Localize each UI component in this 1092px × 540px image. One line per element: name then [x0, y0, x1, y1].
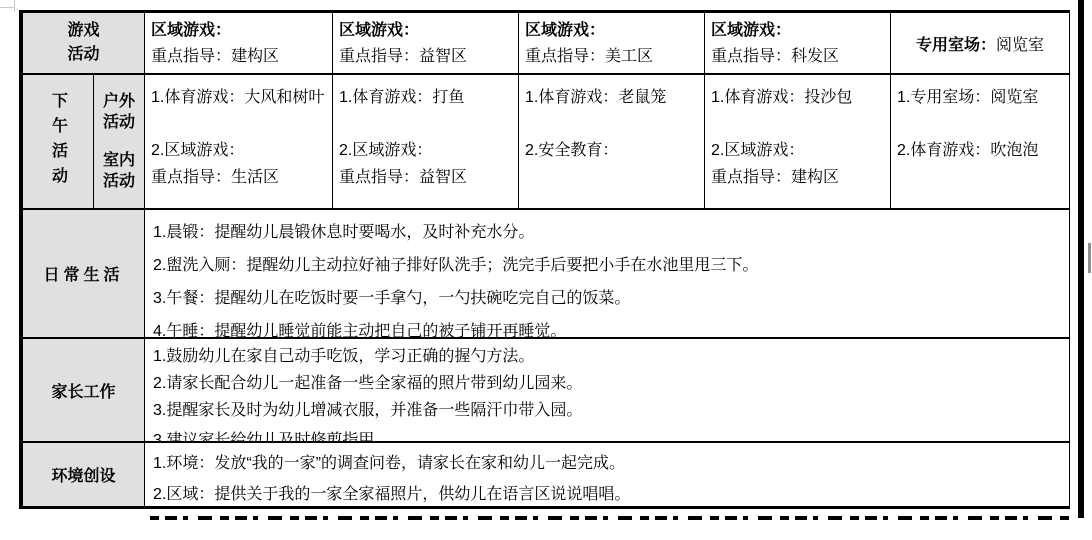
row-header-afternoon-label: 下午活动 [47, 92, 70, 192]
daily-item-1: 1.晨锻：提醒幼儿晨锻休息时要喝水，及时补充水分。 [153, 216, 1063, 249]
game-cell-5-title: 专用室场： [916, 37, 996, 54]
row-header-parent-work-label: 家长工作 [51, 379, 115, 402]
game-cell-4[interactable]: 区域游戏： 重点指导：科发区 [705, 13, 891, 75]
afternoon-cell-1-line2: 2.区域游戏： [151, 137, 328, 164]
row-header-daily-life[interactable]: 日常生活 [23, 210, 145, 339]
game-cell-1[interactable]: 区域游戏： 重点指导：建构区 [145, 13, 333, 75]
game-cell-5[interactable]: 专用室场：阅览室 [891, 13, 1069, 75]
parent-item-1: 1.鼓励幼儿在家自己动手吃饭，学习正确的握勺方法。 [153, 343, 1063, 370]
environment-cell[interactable]: 1.环境：发放“我的一家”的调查问卷，请家长在家和幼儿一起完成。 2.区域：提供… [145, 443, 1069, 506]
env-item-1: 1.环境：发放“我的一家”的调查问卷，请家长在家和幼儿一起完成。 [153, 448, 1063, 479]
document-page: { "colors": { "header_bg": "#e0e0e0", "b… [0, 0, 1092, 540]
row-header-daily-life-label: 日常生活 [43, 262, 123, 285]
afternoon-cell-4[interactable]: 1.体育游戏：投沙包 2.区域游戏： 重点指导：建构区 [705, 75, 891, 210]
afternoon-cell-3-line1: 1.体育游戏：老鼠笼 [525, 84, 700, 111]
game-cell-5-detail: 阅览室 [996, 37, 1044, 54]
parent-work-cell[interactable]: 1.鼓励幼儿在家自己动手吃饭，学习正确的握勺方法。 2.请家长配合幼儿一起准备一… [145, 339, 1069, 443]
page-edge-bar [1078, 0, 1084, 518]
row-header-parent-work[interactable]: 家长工作 [23, 339, 145, 443]
row-header-game-activity[interactable]: 游戏 活动 [23, 13, 145, 75]
game-cell-2-title: 区域游戏： [339, 18, 514, 44]
game-cell-3-title: 区域游戏： [525, 18, 700, 44]
game-cell-1-title: 区域游戏： [151, 18, 328, 44]
afternoon-cell-5[interactable]: 1.专用室场：阅览室 2.体育游戏：吹泡泡 [891, 75, 1069, 210]
game-cell-4-detail: 重点指导：科发区 [711, 44, 886, 70]
afternoon-cell-5-line2: 2.体育游戏：吹泡泡 [897, 137, 1065, 164]
row-header-game-line2: 活动 [67, 43, 99, 67]
clipped-next-row-text-tops [150, 516, 1072, 520]
game-cell-4-title: 区域游戏： [711, 18, 886, 44]
afternoon-cell-3[interactable]: 1.体育游戏：老鼠笼 2.安全教育： [519, 75, 705, 210]
daily-item-4: 4.午睡：提醒幼儿睡觉前能主动把自己的被子铺开再睡觉。 [153, 315, 1063, 339]
game-cell-1-detail: 重点指导：建构区 [151, 44, 328, 70]
game-cell-2-detail: 重点指导：益智区 [339, 44, 514, 70]
afternoon-cell-4-line1: 1.体育游戏：投沙包 [711, 84, 886, 111]
daily-item-2: 2.盥洗入厕：提醒幼儿主动拉好袖子排好队洗手；洗完手后要把小手在水池里甩三下。 [153, 249, 1063, 282]
afternoon-cell-5-line1: 1.专用室场：阅览室 [897, 84, 1065, 111]
subheader-outdoor-label: 户外活动 [100, 91, 138, 133]
row-header-afternoon[interactable]: 下午活动 [23, 75, 94, 210]
row-header-environment-label: 环境创设 [51, 463, 115, 486]
row-header-environment[interactable]: 环境创设 [23, 443, 145, 506]
game-cell-2[interactable]: 区域游戏： 重点指导：益智区 [333, 13, 519, 75]
weekly-plan-table: 游戏 活动 区域游戏： 重点指导：建构区 区域游戏： 重点指导：益智区 区域游戏… [19, 10, 1070, 509]
row-subheader-outdoor-indoor[interactable]: 户外活动 室内活动 [94, 75, 145, 210]
parent-item-4: 3.建议家长给幼儿及时修剪指甲。 [153, 427, 1063, 443]
afternoon-cell-4-line2: 2.区域游戏： [711, 137, 886, 164]
afternoon-cell-2[interactable]: 1.体育游戏：打鱼 2.区域游戏： 重点指导：益智区 [333, 75, 519, 210]
afternoon-cell-1[interactable]: 1.体育游戏：大风和树叶 2.区域游戏： 重点指导：生活区 [145, 75, 333, 210]
page-margin-mark-vertical [14, 0, 15, 12]
afternoon-cell-2-line2: 2.区域游戏： [339, 137, 514, 164]
parent-item-2: 2.请家长配合幼儿一起准备一些全家福的照片带到幼儿园来。 [153, 370, 1063, 397]
afternoon-cell-1-line1: 1.体育游戏：大风和树叶 [151, 84, 328, 111]
subheader-indoor-label: 室内活动 [100, 150, 138, 192]
parent-item-3: 3.提醒家长及时为幼儿增减衣服，并准备一些隔汗巾带入园。 [153, 397, 1063, 424]
scrollbar-thumb-fragment[interactable] [1088, 243, 1091, 273]
afternoon-cell-2-line3: 重点指导：益智区 [339, 164, 514, 191]
row-header-game-line1: 游戏 [67, 19, 99, 43]
env-item-2: 2.区域：提供关于我的一家全家福照片，供幼儿在语言区说说唱唱。 [153, 479, 1063, 506]
afternoon-cell-1-line3: 重点指导：生活区 [151, 164, 328, 191]
game-cell-3-detail: 重点指导：美工区 [525, 44, 700, 70]
daily-item-3: 3.午餐：提醒幼儿在吃饭时要一手拿勺，一勺扶碗吃完自己的饭菜。 [153, 282, 1063, 315]
afternoon-cell-3-line2: 2.安全教育： [525, 137, 700, 164]
afternoon-cell-4-line3: 重点指导：建构区 [711, 164, 886, 191]
afternoon-cell-2-line1: 1.体育游戏：打鱼 [339, 84, 514, 111]
game-cell-3[interactable]: 区域游戏： 重点指导：美工区 [519, 13, 705, 75]
daily-life-cell[interactable]: 1.晨锻：提醒幼儿晨锻休息时要喝水，及时补充水分。 2.盥洗入厕：提醒幼儿主动拉… [145, 210, 1069, 339]
page-margin-mark-horizontal [0, 7, 15, 8]
